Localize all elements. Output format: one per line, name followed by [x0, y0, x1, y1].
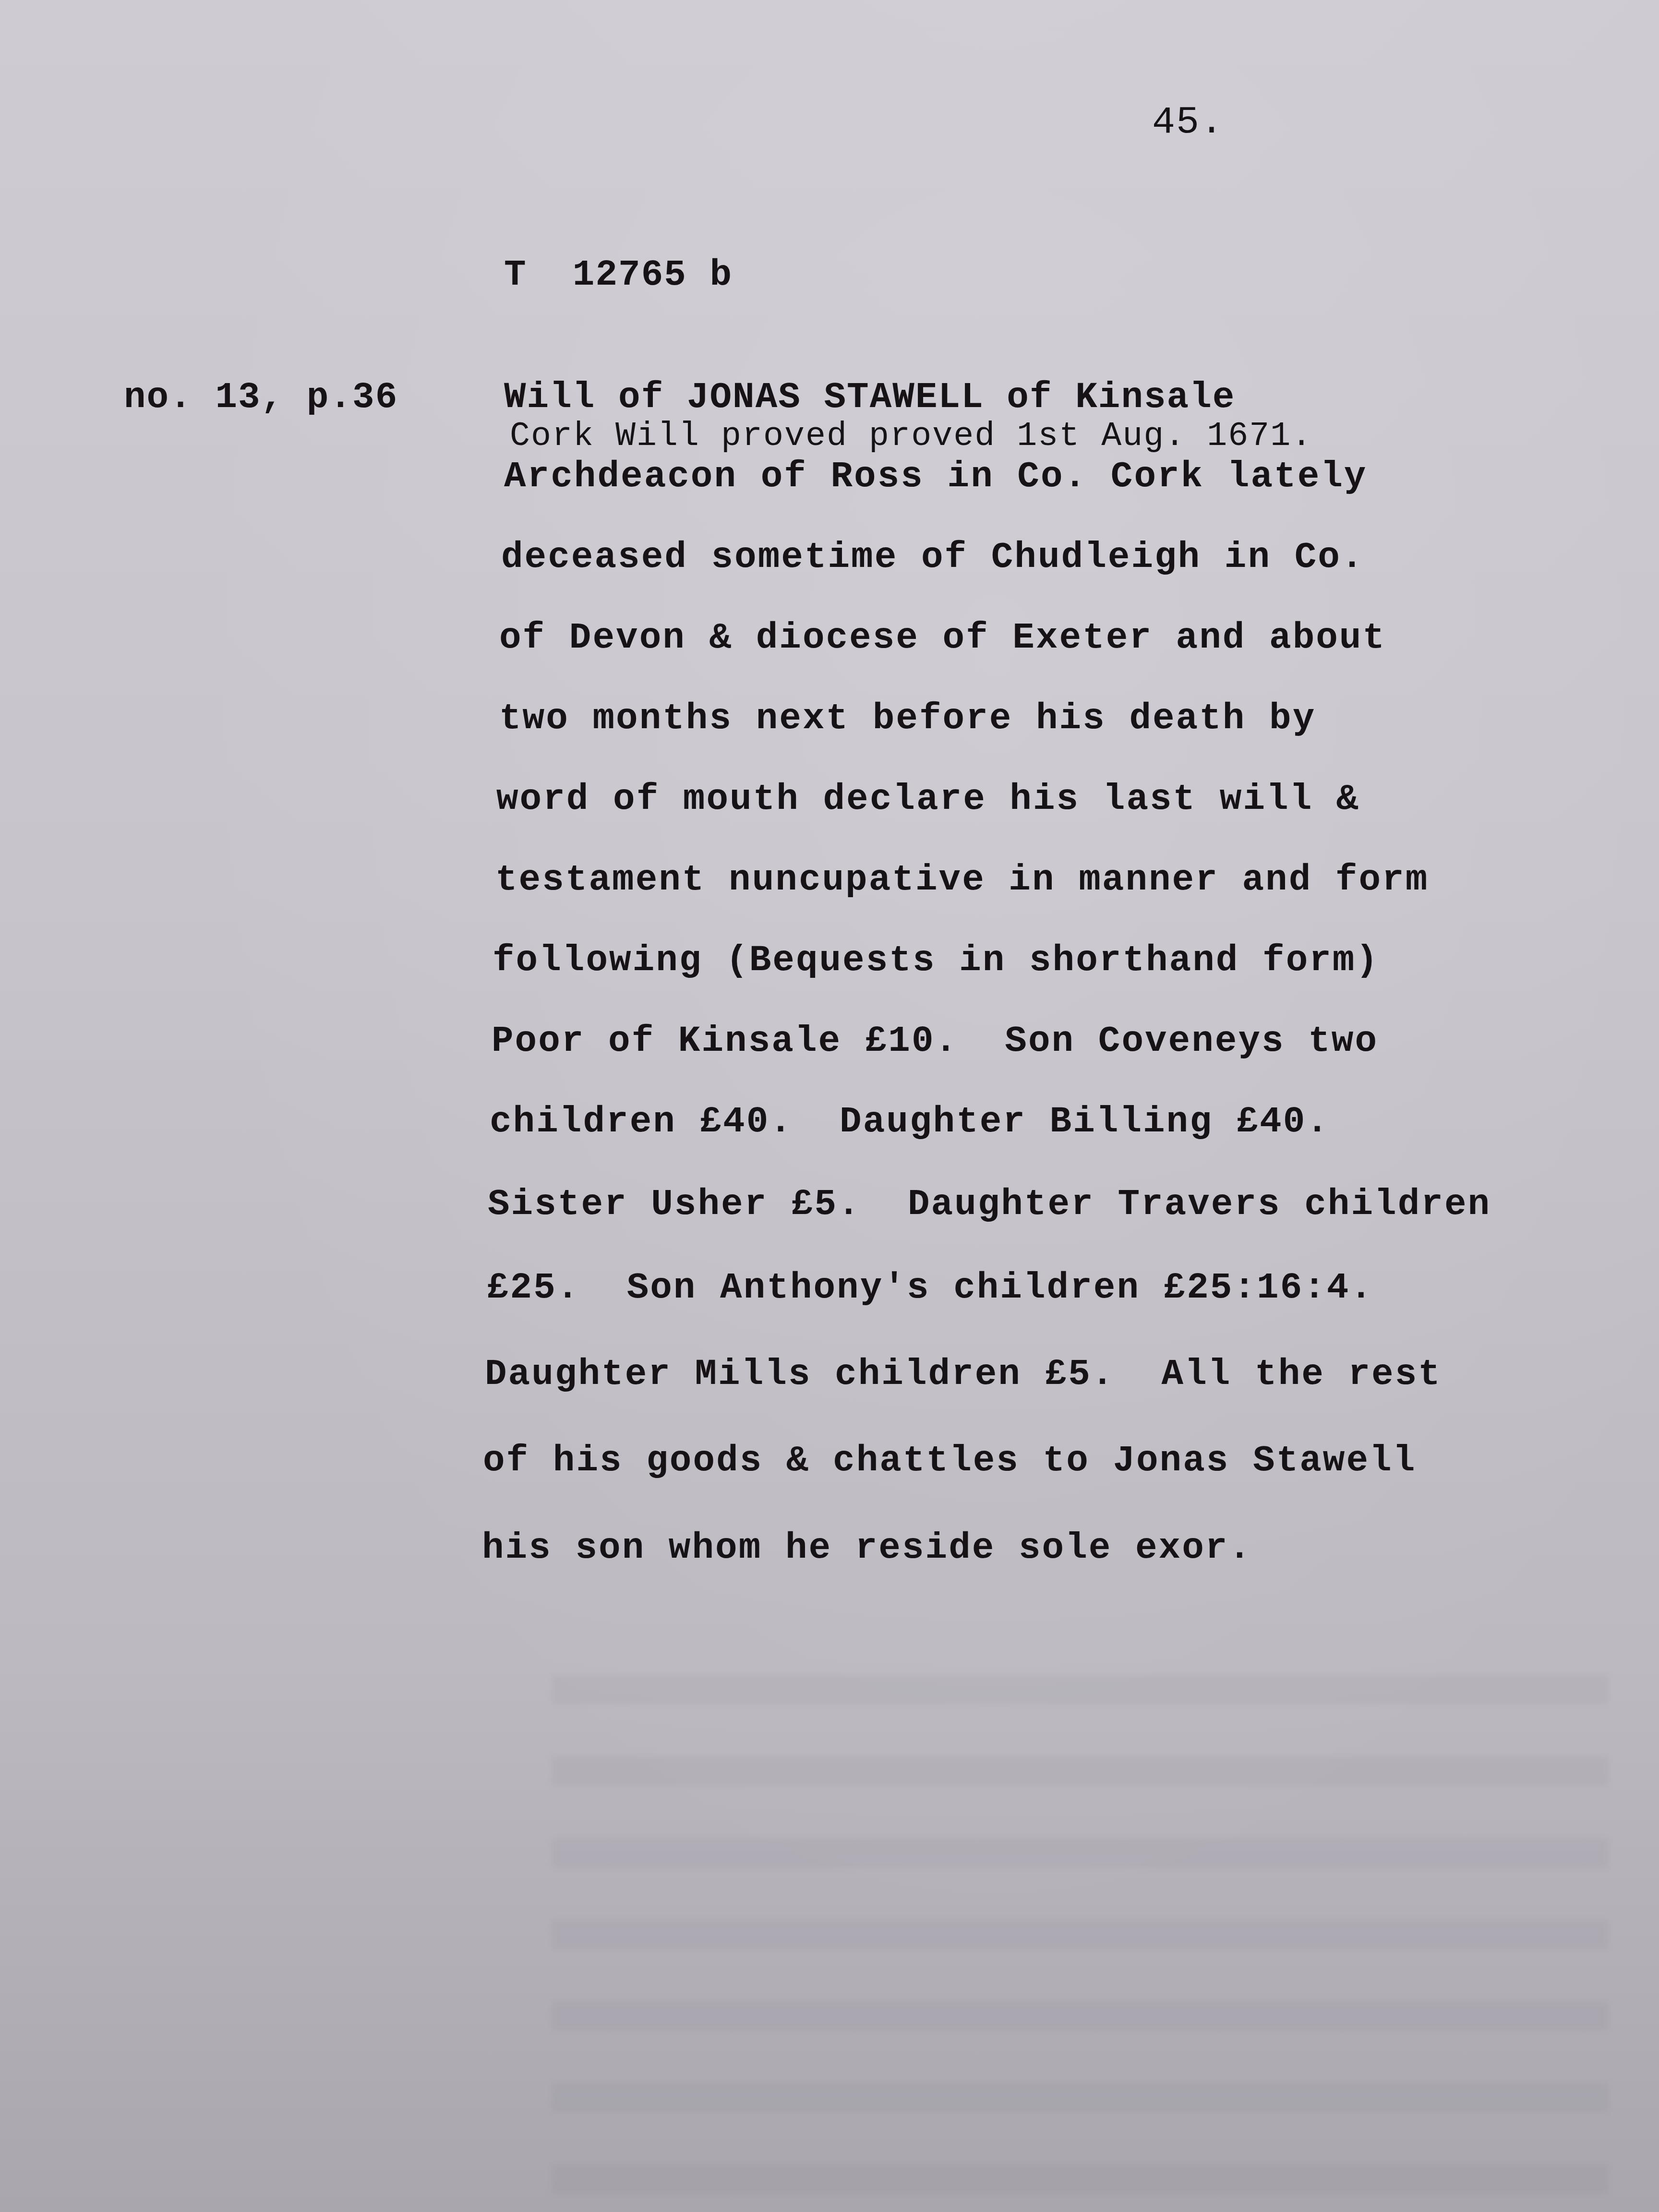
body-line: his son whom he reside sole exor. — [482, 1527, 1252, 1569]
body-line: two months next before his death by — [499, 698, 1316, 739]
proved-date-line: Cork Will proved proved 1st Aug. 1671. — [510, 418, 1312, 456]
document-reference: T 12765 b — [504, 254, 733, 296]
body-line: following (Bequests in shorthand form) — [493, 940, 1379, 981]
body-line: Sister Usher £5. Daughter Travers childr… — [488, 1184, 1491, 1225]
will-title: Will of JONAS STAWELL of Kinsale — [504, 377, 1235, 418]
margin-note: no. 13, p.36 — [124, 377, 398, 418]
body-line: word of mouth declare his last will & — [496, 779, 1359, 820]
page-number: 45. — [1152, 101, 1224, 144]
body-line: testament nuncupative in manner and form — [495, 859, 1429, 901]
body-line: Daughter Mills children £5. All the rest — [485, 1354, 1442, 1395]
body-line: of his goods & chattles to Jonas Stawell — [483, 1440, 1416, 1481]
body-line: Archdeacon of Ross in Co. Cork lately — [504, 456, 1367, 497]
bleed-through-text — [552, 1623, 1608, 2199]
body-line: of Devon & diocese of Exeter and about — [499, 617, 1386, 659]
body-line: £25. Son Anthony's children £25:16:4. — [487, 1267, 1373, 1309]
body-line: Poor of Kinsale £10. Son Coveneys two — [492, 1021, 1378, 1062]
body-line: deceased sometime of Chudleigh in Co. — [501, 537, 1364, 578]
body-line: children £40. Daughter Billing £40. — [490, 1101, 1330, 1142]
